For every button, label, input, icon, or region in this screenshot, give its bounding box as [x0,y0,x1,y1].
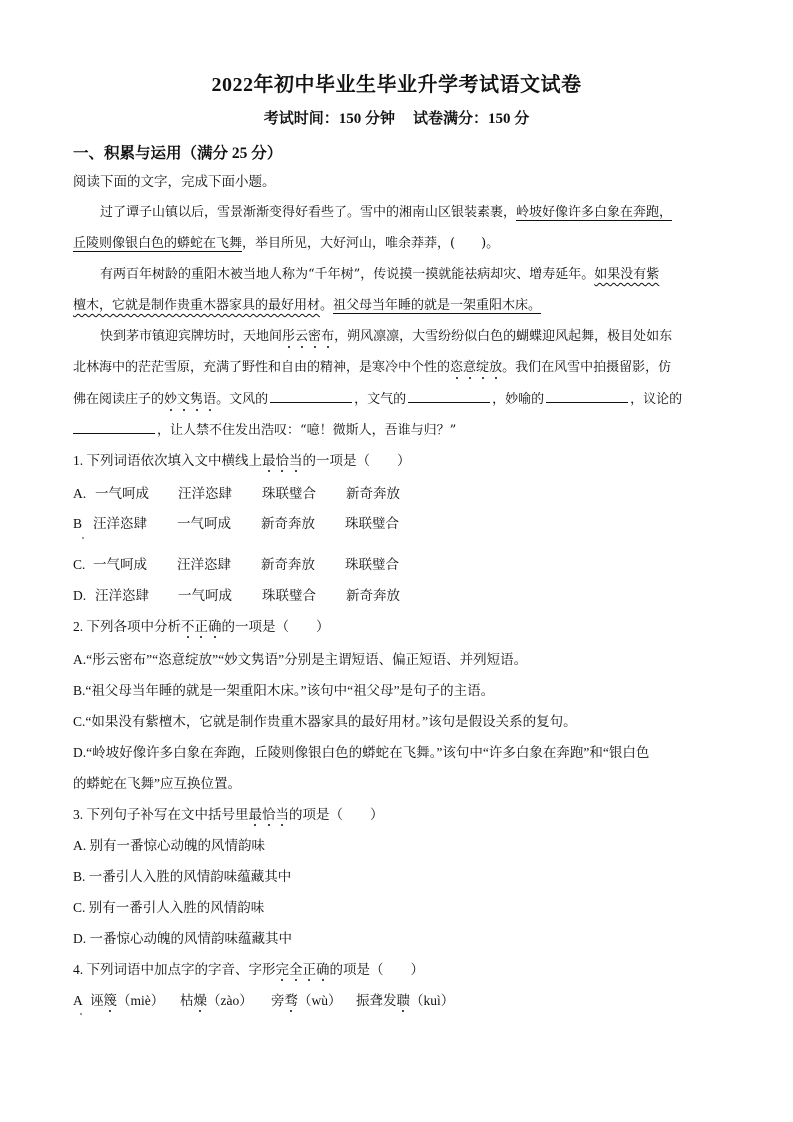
emphasis-char: 放 [489,360,502,375]
emphasis-char: 云 [295,329,308,344]
q4-option-a-item-3: 旁骛（wù） [271,991,342,1011]
stem-text: 的一项是（ ） [303,453,411,468]
dotted-phrase: 最恰当 [262,453,303,468]
option-label: C. [73,900,85,915]
q1-option-c-item-3: 新奇奔放 [261,555,315,575]
question-1-stem: 1. 下列词语依次填入文中横线上最恰当的一项是（ ） [73,451,411,471]
underlined-sentence: 岭坡好像许多白象在奔跑， [516,205,672,220]
stray-mark [80,1013,82,1015]
passage-p3-line2: 北林海中的茫茫雪原，充满了野性和自由的精神，是寒冷中个性的恣意绽放。我们在风雪中… [73,358,671,378]
word-part: 枯 [180,993,194,1008]
q4-option-a-item-4: 振聋发聩（kuì） [356,991,454,1011]
emphasis-char: 完 [276,962,290,977]
underlined-sentence: 丘陵则像银白色的蟒蛇在飞舞 [73,236,242,251]
emphasis-char: 隽 [190,392,203,407]
stem-text: 1. 下列词语依次填入文中横线上 [73,453,262,468]
word-part: 诬 [90,993,104,1008]
emphasis-char: 当 [289,453,303,468]
emphasis-char: 不 [181,619,195,634]
q1-option-d-item-1: 汪洋恣肆 [95,586,149,606]
emphasis-char: 全 [289,962,303,977]
exam-time: 考试时间：150 分钟 [264,111,395,127]
exam-title: 2022年初中毕业生毕业升学考试语文试卷 [0,68,793,97]
q1-option-a-item-1: 一气呵成 [95,484,149,504]
option-label: B. [73,683,85,698]
passage-text: ，朔风凛凛，大雪纷纷似白色的蝴蝶迎风起舞，极目处如东 [334,329,672,344]
emphasis-char: 意 [463,360,476,375]
q2-option-c[interactable]: C.“如果没有紫檀木，它就是制作贵重木器家具的最好用材。”该句是假设关系的复句。 [73,712,577,732]
q2-option-d[interactable]: D.“岭坡好像许多白象在奔跑，丘陵则像银白色的蟒蛇在飞舞。”该句中“许多白象在奔… [73,743,649,763]
option-text: “岭坡好像许多白象在奔跑，丘陵则像银白色的蟒蛇在飞舞。”该句中“许多白象在奔跑”… [86,745,649,760]
passage-p1-line2: 丘陵则像银白色的蟒蛇在飞舞，举目所见，大好河山，唯余莽莽，( )。 [73,234,499,254]
passage-p2-line2: 檀木，它就是制作贵重木器家具的最好用材。祖父母当年睡的就是一架重阳木床。 [73,296,541,316]
passage-text: ，举目所见，大好河山，唯余莽莽，( )。 [242,236,499,251]
emphasis-char: 最 [249,807,263,822]
fill-blank-2[interactable] [408,389,490,403]
q3-option-b[interactable]: B. 一番引人入胜的风情韵味蕴藏其中 [73,867,291,887]
passage-text: 过了谭子山镇以后，雪景渐渐变得好看些了。雪中的湘南山区银装素裹， [100,205,516,220]
stem-text: 4. 下列词语中加点字的字音、字形 [73,962,276,977]
q3-option-d[interactable]: D. 一番惊心动魄的风情韵味蕴藏其中 [73,929,292,949]
dotted-phrase: 不正确 [181,619,222,634]
pinyin: （zào） [207,993,253,1008]
q1-option-a-label[interactable]: A. [73,484,86,504]
option-label: C. [73,714,85,729]
q4-option-a-item-2: 枯燥（zào） [180,991,253,1011]
dotted-phrase: 彤云密布 [282,329,334,344]
dotted-char: 篾 [104,993,118,1008]
passage-text: 北林海中的茫茫雪原，充满了野性和自由的精神，是寒冷中个性的 [73,360,450,375]
passage-text: ，让人禁不住发出浩叹：“噫！微斯人，吾谁与归？” [157,423,456,438]
pinyin: （wù） [298,993,342,1008]
emphasis-char: 恰 [262,807,276,822]
emphasis-char: 正 [195,619,209,634]
q4-option-a-label[interactable]: A [73,991,83,1011]
q1-option-a-item-4: 新奇奔放 [346,484,400,504]
fill-blank-1[interactable] [270,389,352,403]
option-label: B. [73,869,85,884]
option-text: “如果没有紫檀木，它就是制作贵重木器家具的最好用材。”该句是假设关系的复句。 [85,714,576,729]
q1-option-c-item-2: 汪洋恣肆 [177,555,231,575]
emphasis-char: 确 [316,962,330,977]
passage-p3-line3: 佛在阅读庄子的妙文隽语。文风的，文气的，妙喻的，议论的 [73,389,682,410]
passage-text: ，文气的 [354,392,406,407]
q1-option-c-item-4: 珠联璧合 [345,555,399,575]
emphasis-char: 绽 [476,360,489,375]
q1-option-a-item-2: 汪洋恣肆 [178,484,232,504]
pinyin: （kuì） [410,993,454,1008]
word-part: 旁 [271,993,285,1008]
q1-option-b-item-3: 新奇奔放 [261,514,315,534]
emphasis-char: 妙 [164,392,177,407]
section-heading: 一、积累与运用（满分 25 分） [73,141,282,163]
passage-p3-line4: ，让人禁不住发出浩叹：“噫！微斯人，吾谁与归？” [73,420,456,441]
q2-option-b[interactable]: B.“祖父母当年睡的就是一架重阳木床。”该句中“祖父母”是句子的主语。 [73,681,494,701]
option-label: D. [73,931,86,946]
option-label: A. [73,838,86,853]
passage-text: 有两百年树龄的重阳木被当地人称为“千年树”，传说摸一摸就能祛病却灾、增寿延年。 [100,267,594,282]
full-score: 试卷满分：150 分 [413,111,529,127]
passage-text: 。我们在风雪中拍摄留影，仿 [502,360,671,375]
wavy-underlined-sentence: 如果没有紫 [594,267,659,282]
passage-text: 佛在阅读庄子的 [73,392,164,407]
fill-blank-4[interactable] [73,420,155,434]
exam-page: 2022年初中毕业生毕业升学考试语文试卷 考试时间：150 分钟试卷满分：150… [0,0,793,1122]
q3-option-c[interactable]: C. 别有一番引人入胜的风情韵味 [73,898,264,918]
q3-option-a[interactable]: A. 别有一番惊心动魄的风情韵味 [73,836,265,856]
q1-option-b-item-4: 珠联璧合 [345,514,399,534]
passage-p2-line1: 有两百年树龄的重阳木被当地人称为“千年树”，传说摸一摸就能祛病却灾、增寿延年。如… [100,265,659,285]
dotted-phrase: 恣意绽放 [450,360,502,375]
stem-text: 的项是（ ） [330,962,425,977]
emphasis-char: 确 [208,619,222,634]
option-text: “祖父母当年睡的就是一架重阳木床。”该句中“祖父母”是句子的主语。 [85,683,494,698]
passage-text: 。文风的 [216,392,268,407]
question-2-stem: 2. 下列各项中分析不正确的一项是（ ） [73,617,330,637]
passage-text: ，妙喻的 [492,392,544,407]
question-4-stem: 4. 下列词语中加点字的字音、字形完全正确的项是（ ） [73,960,424,980]
word-part: 振聋发 [356,993,397,1008]
option-text: 一番惊心动魄的风情韵味蕴藏其中 [90,931,293,946]
q1-option-c-label[interactable]: C. [73,555,85,575]
stem-text: 的项是（ ） [289,807,384,822]
question-3-stem: 3. 下列句子补写在文中括号里最恰当的项是（ ） [73,805,384,825]
stem-text: 3. 下列句子补写在文中括号里 [73,807,249,822]
emphasis-char: 正 [303,962,317,977]
q1-option-d-item-3: 珠联璧合 [262,586,316,606]
pinyin: （miè） [117,993,164,1008]
q2-option-a[interactable]: A.“彤云密布”“恣意绽放”“妙文隽语”分别是主谓短语、偏正短语、并列短语。 [73,650,527,670]
stem-text: 的一项是（ ） [222,619,330,634]
underlined-sentence: 祖父母当年睡的就是一架重阳木床。 [333,298,541,313]
emphasis-char: 恰 [276,453,290,468]
dotted-char: 骛 [285,993,299,1008]
passage-text: ，议论的 [630,392,682,407]
passage-text: 。 [320,298,333,313]
q2-option-d-continued: 的蟒蛇在飞舞”应互换位置。 [73,774,241,794]
q1-option-b-item-2: 一气呵成 [177,514,231,534]
emphasis-char: 恣 [450,360,463,375]
option-text: 别有一番惊心动魄的风情韵味 [90,838,266,853]
option-text: 别有一番引人入胜的风情韵味 [89,900,265,915]
q4-option-a-item-1: 诬篾（miè） [90,991,164,1011]
emphasis-char: 布 [321,329,334,344]
dotted-phrase: 完全正确 [276,962,330,977]
dotted-phrase: 妙文隽语 [164,392,216,407]
passage-p1-line1: 过了谭子山镇以后，雪景渐渐变得好看些了。雪中的湘南山区银装素裹，岭坡好像许多白象… [100,203,672,223]
emphasis-char: 彤 [282,329,295,344]
fill-blank-3[interactable] [546,389,628,403]
option-label: D. [73,745,86,760]
option-text: “彤云密布”“恣意绽放”“妙文隽语”分别是主谓短语、偏正短语、并列短语。 [86,652,527,667]
q1-option-b-item-1: 汪洋恣肆 [93,514,147,534]
stray-mark [82,537,84,539]
exam-subtitle: 考试时间：150 分钟试卷满分：150 分 [0,107,793,128]
dotted-char: 燥 [194,993,208,1008]
passage-text: 快到茅市镇迎宾牌坊时，天地间 [100,329,282,344]
emphasis-char: 密 [308,329,321,344]
passage-p3-line1: 快到茅市镇迎宾牌坊时，天地间彤云密布，朔风凛凛，大雪纷纷似白色的蝴蝶迎风起舞，极… [100,327,672,347]
q1-option-b-label[interactable]: B [73,514,82,534]
instruction: 阅读下面的文字，完成下面小题。 [73,172,276,192]
stem-text: 2. 下列各项中分析 [73,619,181,634]
emphasis-char: 语 [203,392,216,407]
q1-option-d-item-4: 新奇奔放 [346,586,400,606]
q1-option-d-item-2: 一气呵成 [178,586,232,606]
option-label: A. [73,652,86,667]
q1-option-d-label[interactable]: D. [73,586,86,606]
dotted-phrase: 最恰当 [249,807,290,822]
emphasis-char: 当 [276,807,290,822]
q1-option-c-item-1: 一气呵成 [93,555,147,575]
option-text: 一番引人入胜的风情韵味蕴藏其中 [89,869,292,884]
emphasis-char: 文 [177,392,190,407]
emphasis-char: 最 [262,453,276,468]
dotted-char: 聩 [397,993,411,1008]
wavy-underlined-sentence: 檀木，它就是制作贵重木器家具的最好用材 [73,298,320,313]
q1-option-a-item-3: 珠联璧合 [262,484,316,504]
